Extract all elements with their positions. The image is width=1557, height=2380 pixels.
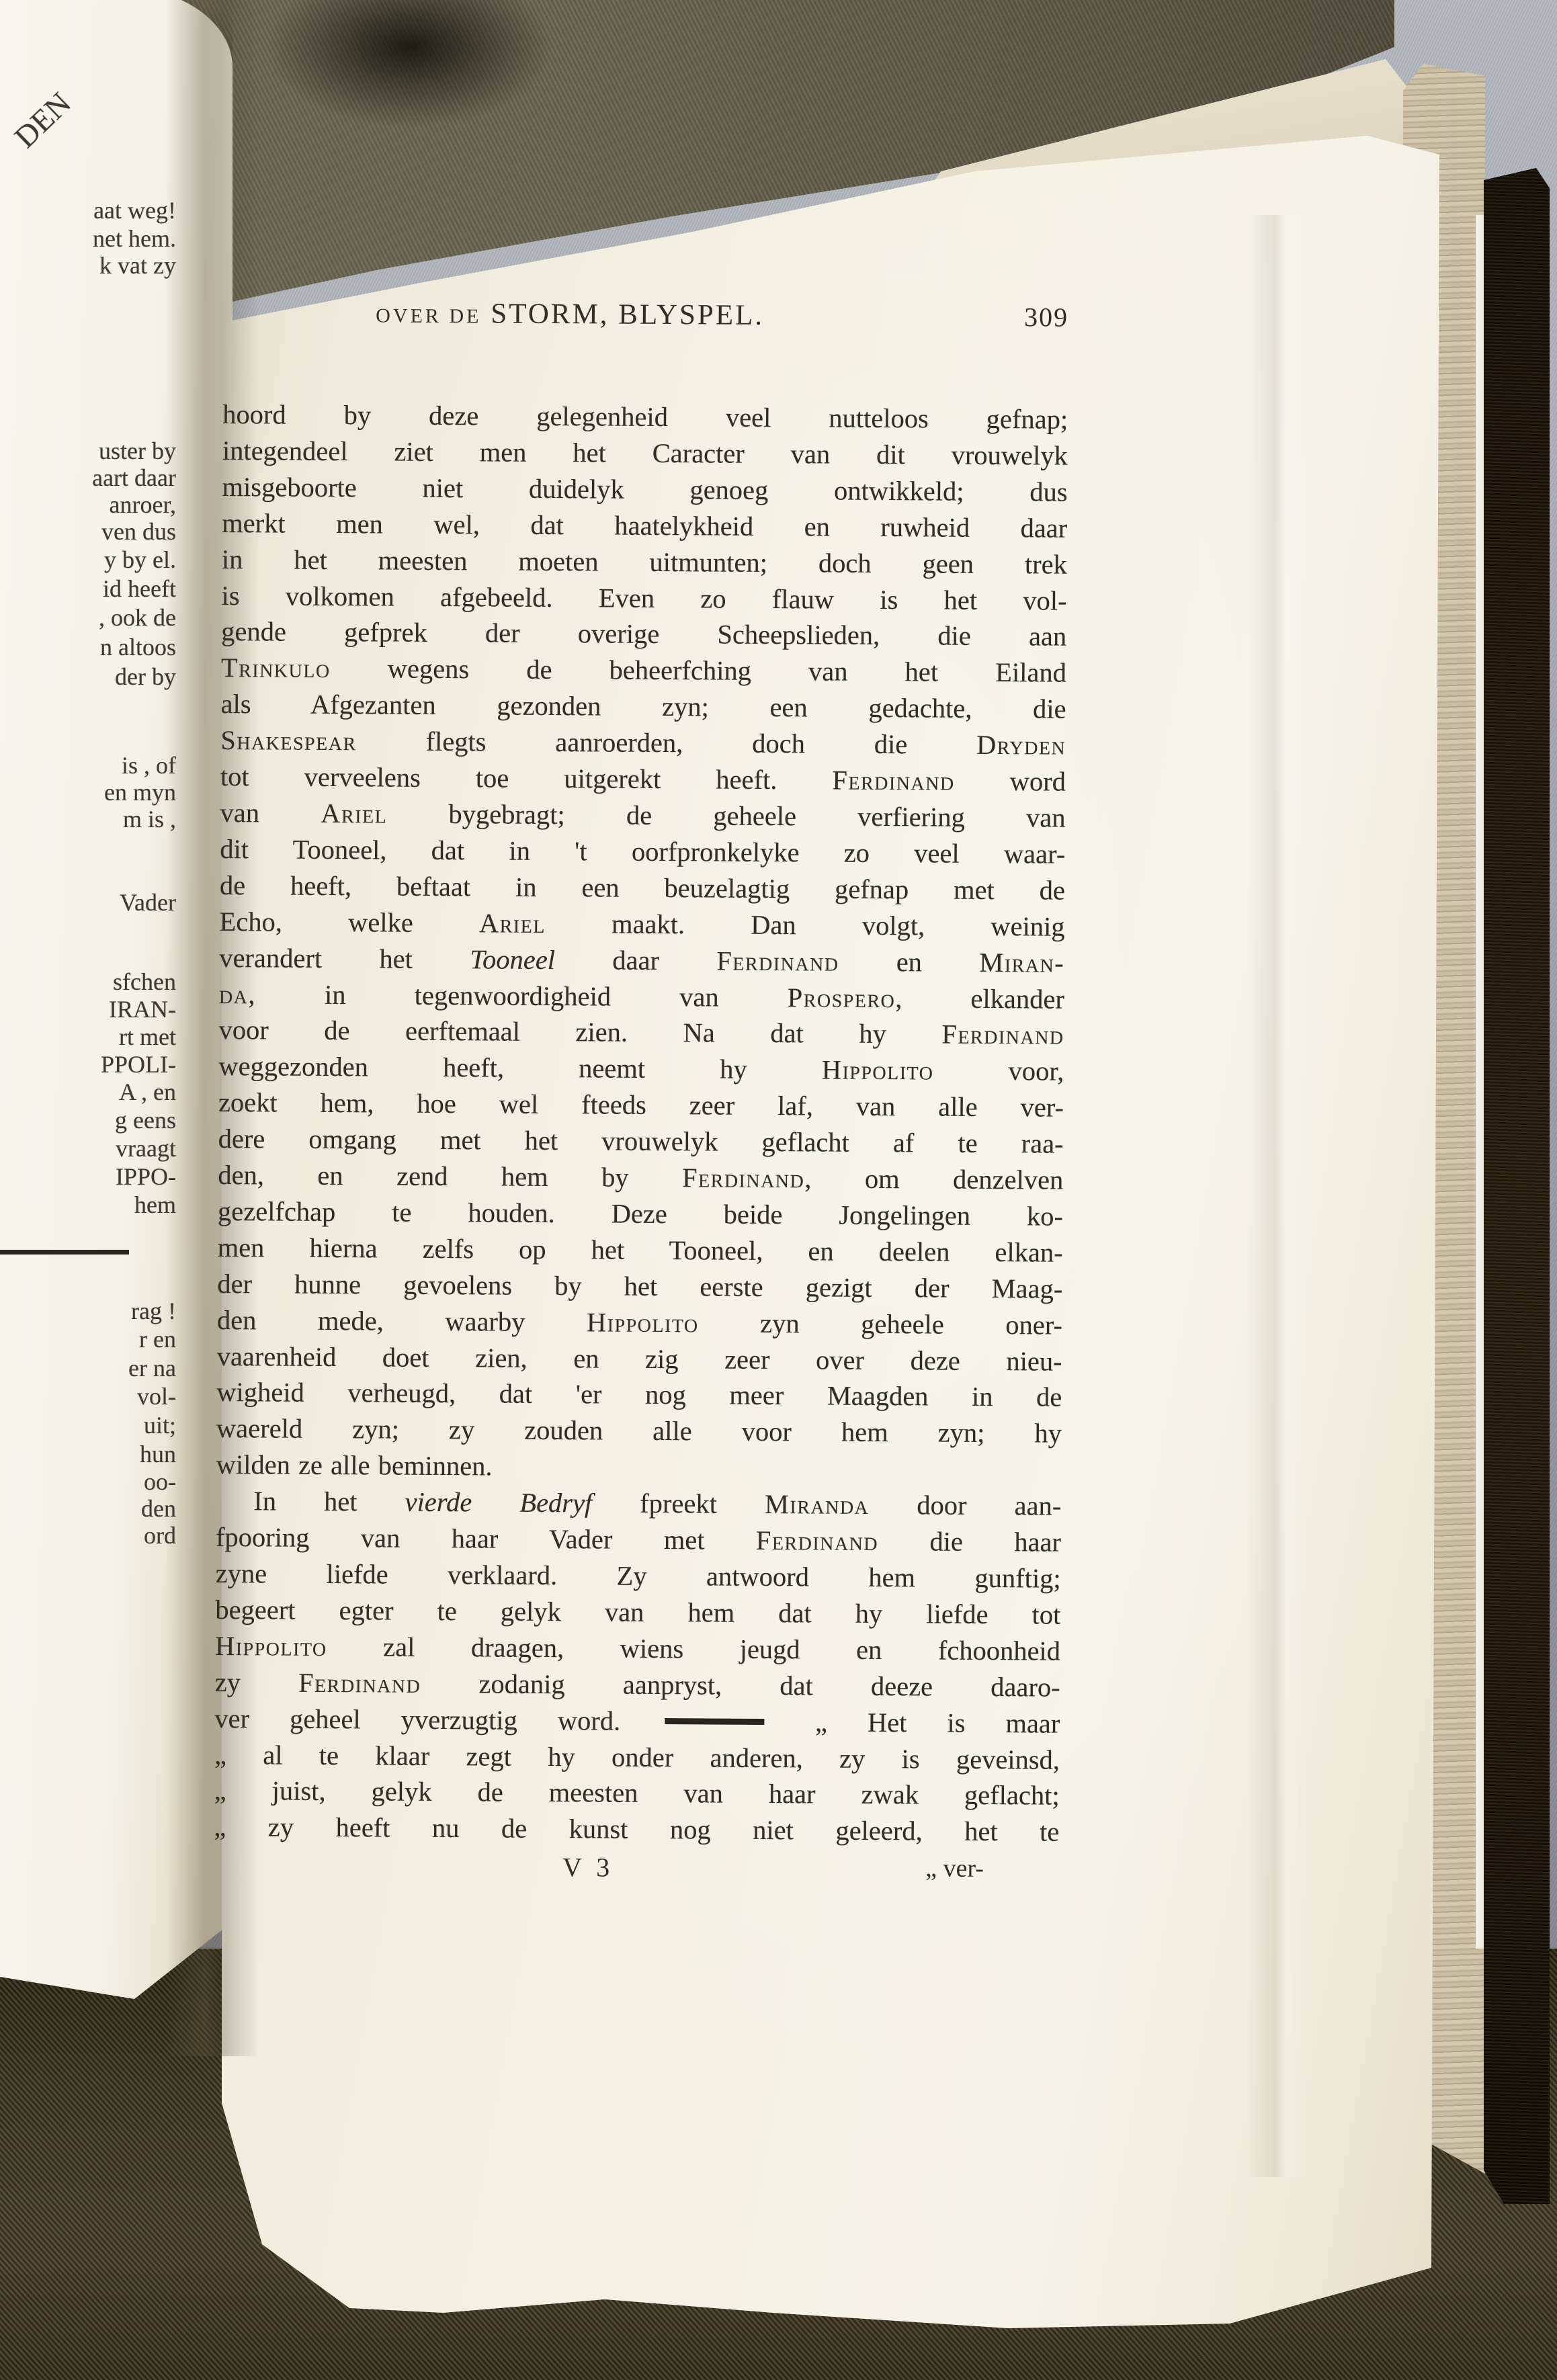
em-dash-rule [665, 1718, 764, 1725]
running-header: OVER DESTORM, BLYSPEL. 309 [223, 296, 1068, 334]
left-page-text-fragment: k vat zy [99, 251, 176, 280]
left-page-text-fragment: net hem. [93, 224, 176, 253]
running-title: OVER DESTORM, BLYSPEL. [198, 296, 942, 333]
text-line: tot verveelens toe uitgerekt heeft. Ferd… [220, 759, 1066, 800]
text-line: da, in tegenwoordigheid van Prospero, el… [219, 976, 1064, 1017]
text-line: verandert het Tooneel daar Ferdinand en … [219, 940, 1064, 982]
left-page-text-fragment: DEN [7, 85, 78, 155]
left-page-text-fragment: vol- [137, 1382, 176, 1410]
left-page-text-fragment: der by [115, 663, 176, 691]
left-page-text-fragment: den [141, 1494, 176, 1523]
text-line: waereld zyn; zy zouden alle voor hem zyn… [216, 1410, 1062, 1452]
text-line: zoekt hem, hoe wel fteeds zeer laf, van … [218, 1085, 1064, 1126]
text-line: dere omgang met het vrouwelyk geflacht a… [218, 1121, 1063, 1162]
text-line: Echo, welke Ariel maakt. Dan volgt, wein… [219, 904, 1064, 945]
text-line: de heeft, beftaat in een beuzelagtig gef… [220, 867, 1065, 909]
right-page-text: OVER DESTORM, BLYSPEL. 309 hoord by deze… [210, 0, 1070, 2380]
text-line: zyne liefde verklaard. Zy antwoord hem g… [216, 1556, 1061, 1597]
left-page-text-fragment: hem [134, 1191, 176, 1219]
page-number: 309 [968, 301, 1068, 333]
left-page-text-fragment: aat weg! [93, 196, 176, 224]
catchword: „ ver- [925, 1853, 984, 1883]
text-line: der hunne gevoelens by het eerste gezigt… [217, 1266, 1062, 1308]
left-page-text-fragment: ven dus [101, 517, 176, 546]
text-line: Hippolito zal draagen, wiens jeugd en fc… [215, 1628, 1060, 1670]
running-title-main: STORM, BLYSPEL. [491, 298, 764, 331]
text-line: merkt men wel, dat haatelykheid en ruwhe… [222, 505, 1067, 547]
text-line: voor de eerftemaal zien. Na dat hy Ferdi… [218, 1012, 1064, 1054]
left-page-text-fragment: rt met [119, 1023, 176, 1051]
text-line: wigheid verheugd, dat 'er nog meer Maagd… [216, 1374, 1062, 1416]
text-line: integendeel ziet men het Caracter van di… [222, 433, 1068, 474]
left-page-text-fragment: ord [144, 1521, 176, 1549]
text-line: „ juist, gelyk de meesten van haar zwak … [214, 1773, 1060, 1814]
body-lines: hoord by deze gelegenheid veel nutteloos… [214, 396, 1068, 1851]
signature-mark: V 3 [562, 1851, 614, 1883]
left-page-text-fragment: oo- [144, 1468, 176, 1496]
book-cover-edge [1484, 168, 1550, 2204]
text-line: gezelfchap te houden. Deze beide Jongeli… [218, 1193, 1063, 1235]
text-line: als Afgezanten gezonden zyn; een gedacht… [220, 686, 1066, 728]
text-line: „ zy heeft nu de kunst nog niet geleerd,… [214, 1809, 1059, 1851]
left-page-text-fragment: sfchen [113, 968, 176, 996]
footnote-rule [0, 1250, 129, 1255]
text-line: Trinkulo wegens de beheerfching van het … [221, 650, 1066, 691]
left-page-text-fragment: aart daar [92, 464, 176, 492]
text-line: ver geheel yverzugtig word. „ Het is maa… [214, 1701, 1060, 1742]
text-line: in het meesten moeten uitmunten; doch ge… [222, 542, 1067, 583]
left-page-text-fragment: en myn [104, 778, 176, 806]
left-page-text-fragment: uster by [99, 437, 176, 465]
text-line: den, en zend hem by Ferdinand, om denzel… [218, 1157, 1063, 1199]
book-photo: DENaat weg!net hem.k vat zyuster byaart … [0, 0, 1557, 2380]
text-line: misgeboorte niet duidelyk genoeg ontwikk… [222, 469, 1067, 511]
left-page-text-fragment: m is , [123, 805, 176, 833]
left-page-text-fragment: g eens [115, 1106, 176, 1134]
left-page-text-fragment: , ook de [99, 603, 176, 632]
text-line: fpooring van haar Vader met Ferdinand di… [216, 1519, 1061, 1561]
text-line: wilden ze alle beminnen. [216, 1447, 1062, 1488]
left-page-text-fragment: rag ! [131, 1297, 176, 1325]
left-page-text-fragment: A , en [119, 1078, 176, 1106]
left-page-text-fragment: is , of [122, 751, 176, 779]
left-page-text-fragment: n altoos [100, 633, 176, 661]
left-page-text-fragment: IRAN- [109, 995, 176, 1023]
left-page-text-fragment: IPPO- [116, 1162, 176, 1191]
left-page-text-fragment: id heeft [103, 575, 176, 603]
text-line: dit Tooneel, dat in 't oorfpronkelyke zo… [220, 831, 1065, 873]
text-line: men hierna zelfs op het Tooneel, en deel… [217, 1230, 1062, 1271]
running-title-prefix: OVER DE [376, 304, 481, 327]
signature-line: V 3 „ ver- [214, 1849, 1059, 1855]
text-line: „ al te klaar zegt hy onder anderen, zy … [214, 1736, 1060, 1778]
text-line: hoord by deze gelegenheid veel nutteloos… [222, 396, 1068, 438]
left-page-text-fragment: er na [128, 1354, 176, 1382]
left-page-text-fragment: r en [139, 1325, 176, 1353]
text-line: weggezonden heeft, neemt hy Hippolito vo… [218, 1048, 1064, 1090]
left-page-text-fragment: y by el. [104, 546, 176, 574]
left-page-fragments: DENaat weg!net hem.k vat zyuster byaart … [0, 0, 180, 2016]
text-line: den mede, waarby Hippolito zyn geheele o… [217, 1302, 1062, 1344]
left-page-text-fragment: vraagt [116, 1134, 176, 1162]
text-line: gende gefprek der overige Scheepslieden,… [221, 613, 1066, 655]
text-line: begeert egter te gelyk van hem dat hy li… [215, 1592, 1060, 1633]
left-page-text-fragment: Vader [120, 888, 176, 917]
left-page-text-fragment: uit; [144, 1411, 176, 1439]
text-line: zy Ferdinand zodanig aanpryst, dat deeze… [215, 1664, 1060, 1706]
left-page-text-fragment: PPOLI- [101, 1050, 176, 1078]
left-page-text-fragment: hun [140, 1440, 176, 1468]
text-line: In het vierde Bedryf fpreekt Miranda doo… [216, 1483, 1061, 1525]
text-line: vaarenheid doet zien, en zig zeer over d… [217, 1338, 1062, 1380]
left-page-text-fragment: anroer, [110, 491, 177, 519]
text-line: is volkomen afgebeeld. Even zo flauw is … [221, 578, 1066, 620]
text-line: Shakespear flegts aanroerden, doch die D… [220, 722, 1066, 764]
text-line: van Ariel bygebragt; de geheele verfieri… [220, 795, 1065, 837]
